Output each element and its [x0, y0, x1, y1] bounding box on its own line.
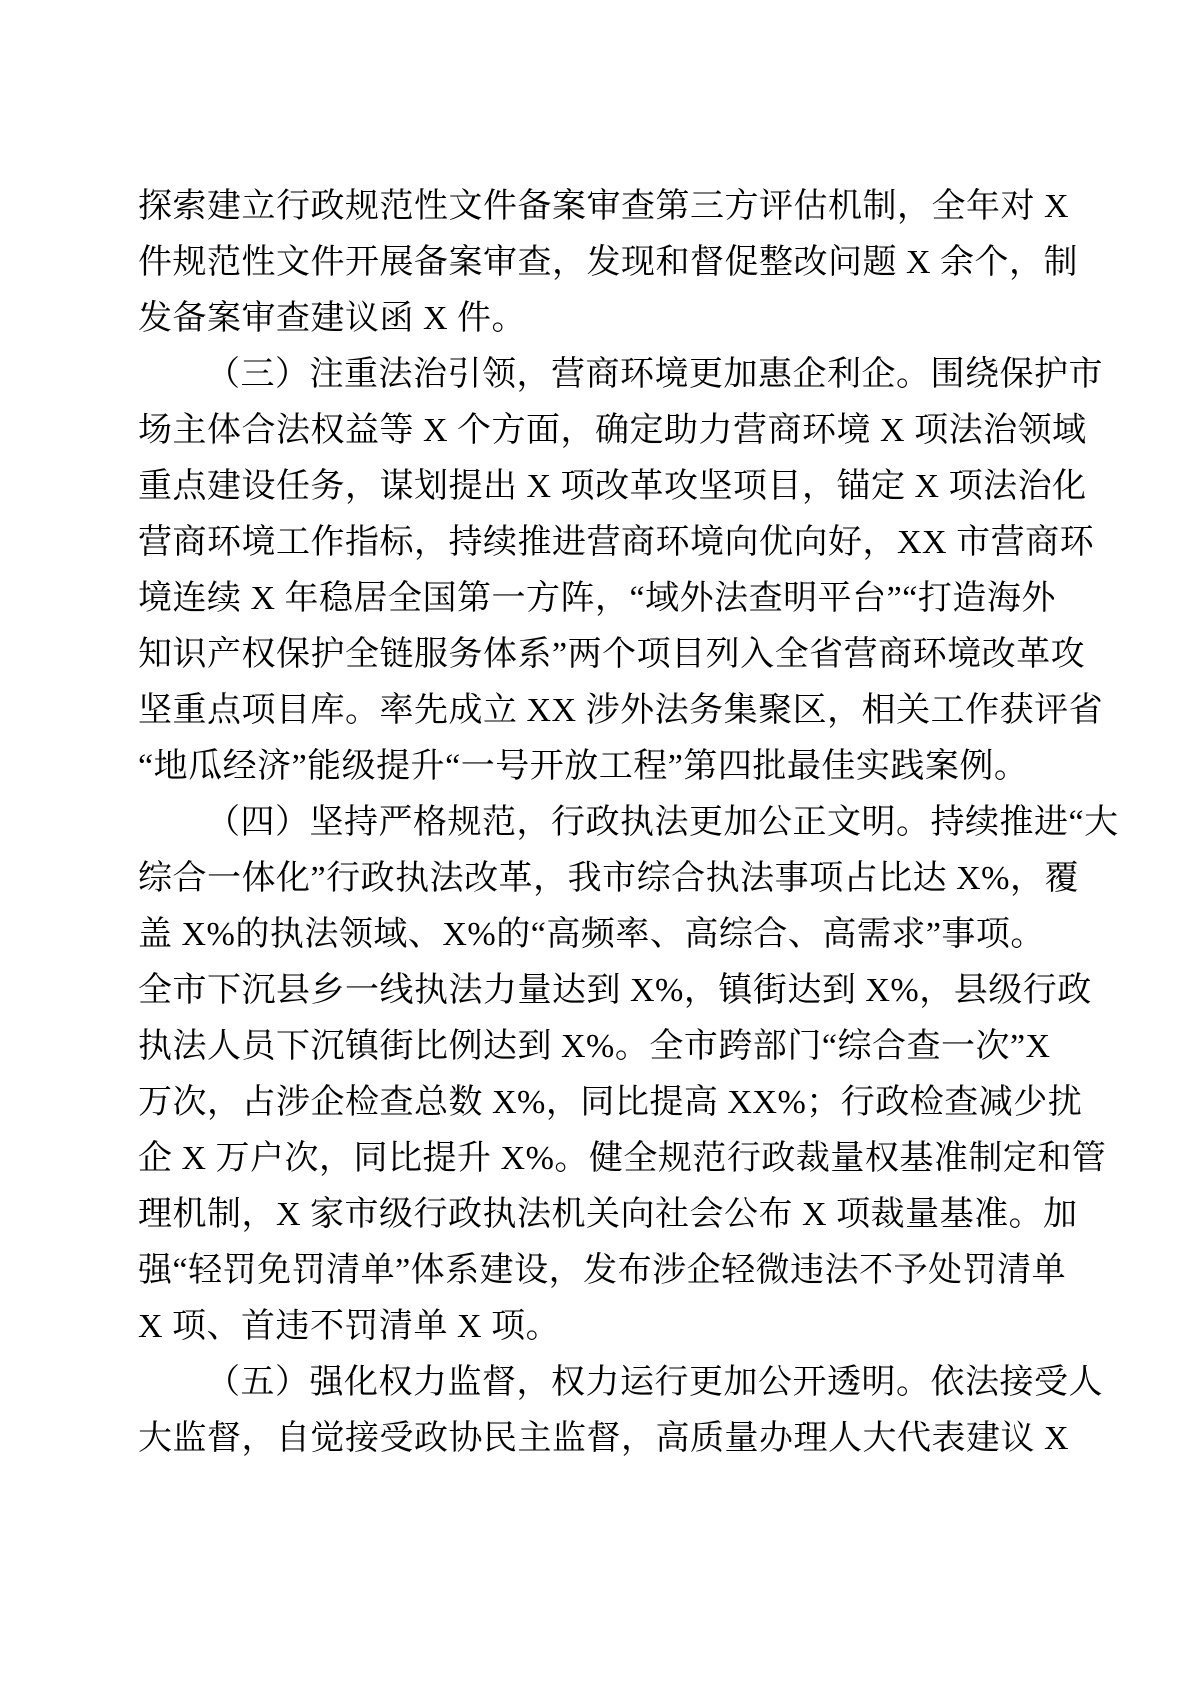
text-line: 境连续 X 年稳居全国第一方阵，“域外法查明平台”“打造海外 [138, 571, 1048, 627]
text-line: 坚重点项目库。率先成立 XX 涉外法务集聚区，相关工作获评省 [138, 683, 1048, 739]
text-line: 盖 X%的执法领域、X%的“高频率、高综合、高需求”事项。 [138, 907, 1048, 963]
paragraph-section-three: （三）注重法治引领，营商环境更加惠企利企。围绕保护市 场主体合法权益等 X 个方… [138, 347, 1048, 795]
text-line: “地瓜经济”能级提升“一号开放工程”第四批最佳实践案例。 [138, 739, 1048, 795]
text-line: 场主体合法权益等 X 个方面，确定助力营商环境 X 项法治领域 [138, 403, 1048, 459]
text-line: （三）注重法治引领，营商环境更加惠企利企。围绕保护市 [138, 347, 1048, 403]
text-line: 执法人员下沉镇街比例达到 X%。全市跨部门“综合查一次”X [138, 1019, 1048, 1075]
paragraph-section-five: （五）强化权力监督，权力运行更加公开透明。依法接受人 大监督，自觉接受政协民主监… [138, 1355, 1048, 1467]
paragraph-continuation: 探索建立行政规范性文件备案审查第三方评估机制，全年对 X 件规范性文件开展备案审… [138, 179, 1048, 347]
text-line: 企 X 万户次，同比提升 X%。健全规范行政裁量权基准制定和管 [138, 1131, 1048, 1187]
text-line: （五）强化权力监督，权力运行更加公开透明。依法接受人 [138, 1355, 1048, 1411]
text-line: 件规范性文件开展备案审查，发现和督促整改问题 X 余个，制 [138, 235, 1048, 291]
document-text-block: 探索建立行政规范性文件备案审查第三方评估机制，全年对 X 件规范性文件开展备案审… [138, 179, 1048, 1467]
paragraph-section-four: （四）坚持严格规范，行政执法更加公正文明。持续推进“大 综合一体化”行政执法改革… [138, 795, 1048, 1355]
text-line: 重点建设任务，谋划提出 X 项改革攻坚项目，锚定 X 项法治化 [138, 459, 1048, 515]
text-line: 营商环境工作指标，持续推进营商环境向优向好，XX 市营商环 [138, 515, 1048, 571]
text-line: 强“轻罚免罚清单”体系建设，发布涉企轻微违法不予处罚清单 [138, 1243, 1048, 1299]
text-line: 发备案审查建议函 X 件。 [138, 291, 1048, 347]
text-line: 理机制，X 家市级行政执法机关向社会公布 X 项裁量基准。加 [138, 1187, 1048, 1243]
text-line: 知识产权保护全链服务体系”两个项目列入全省营商环境改革攻 [138, 627, 1048, 683]
text-line: X 项、首违不罚清单 X 项。 [138, 1299, 1048, 1355]
text-line: 探索建立行政规范性文件备案审查第三方评估机制，全年对 X [138, 179, 1048, 235]
text-line: 大监督，自觉接受政协民主监督，高质量办理人大代表建议 X [138, 1411, 1048, 1467]
text-line: （四）坚持严格规范，行政执法更加公正文明。持续推进“大 [138, 795, 1048, 851]
document-page: 探索建立行政规范性文件备案审查第三方评估机制，全年对 X 件规范性文件开展备案审… [0, 0, 1190, 1683]
text-line: 万次，占涉企检查总数 X%，同比提高 XX%；行政检查减少扰 [138, 1075, 1048, 1131]
text-line: 全市下沉县乡一线执法力量达到 X%，镇街达到 X%，县级行政 [138, 963, 1048, 1019]
text-line: 综合一体化”行政执法改革，我市综合执法事项占比达 X%，覆 [138, 851, 1048, 907]
